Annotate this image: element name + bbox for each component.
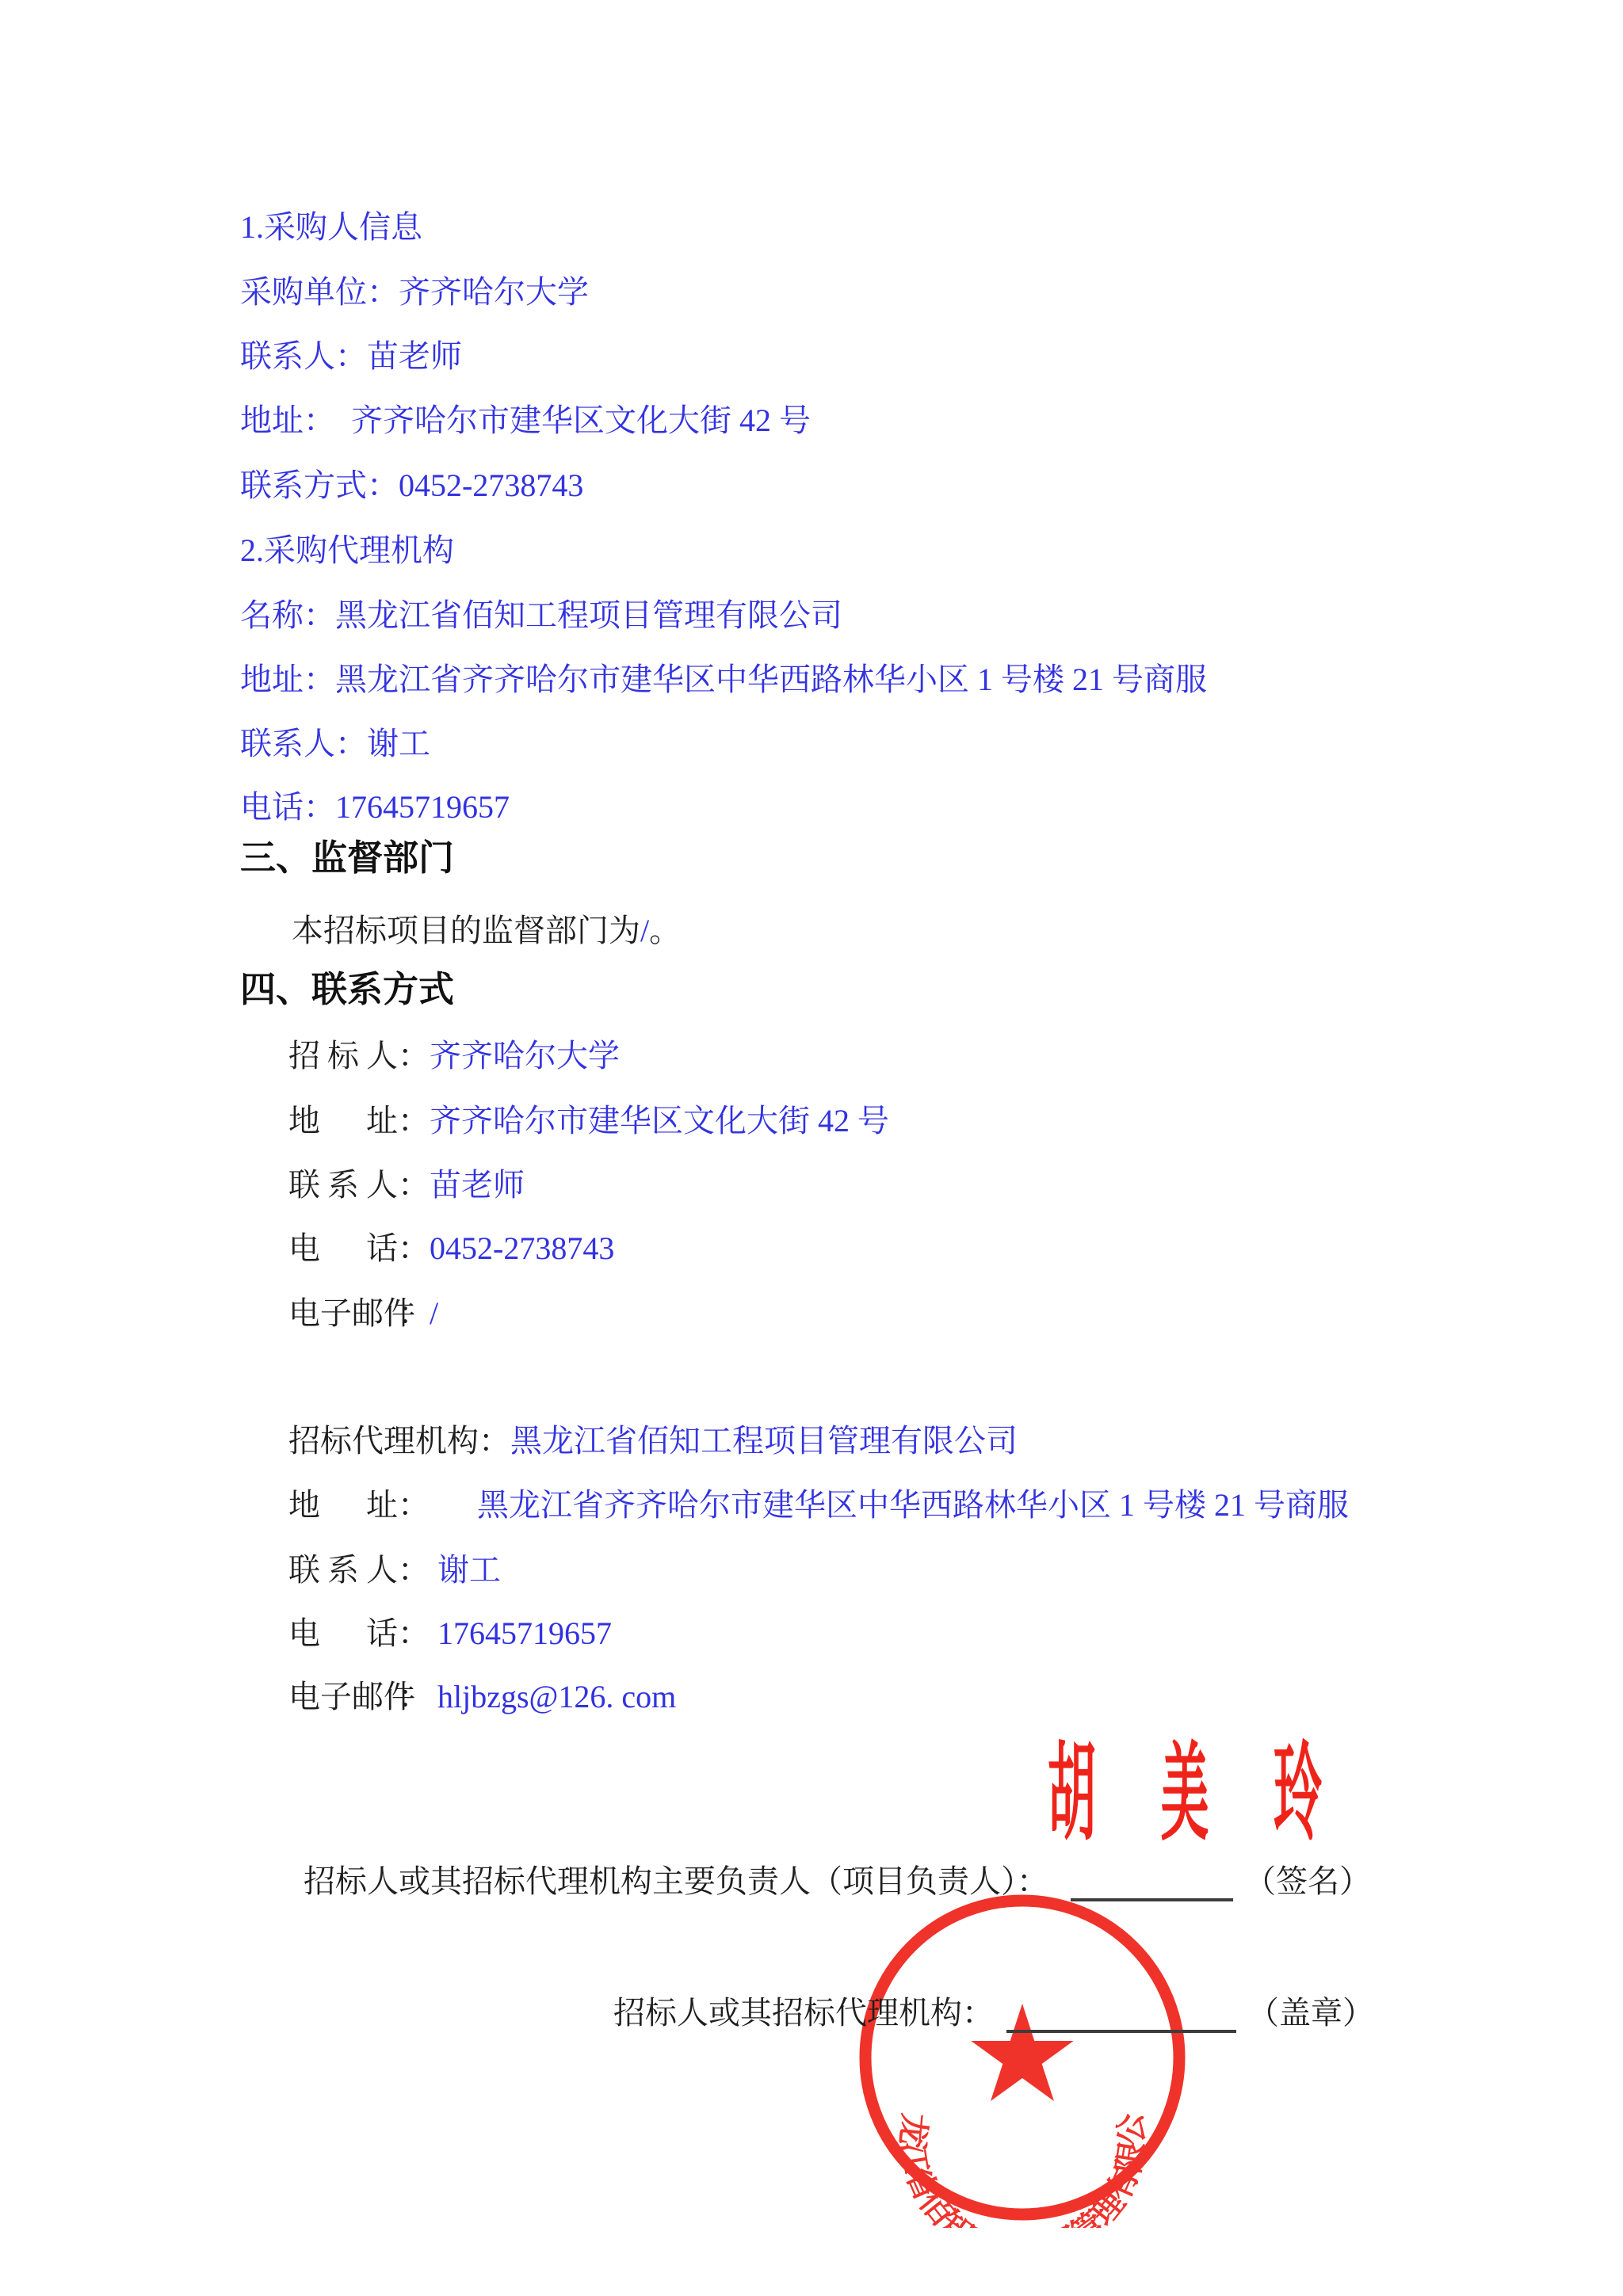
purchaser-heading: 1.采购人信息 [240,208,422,247]
purchaser-phone-line: 联系方式：0452-2738743 [240,466,583,505]
field-label: 地址 [288,1486,398,1525]
supervision-body: 本招标项目的监督部门为/。 [292,911,681,951]
field-label: 联系人 [288,1165,398,1205]
field-label: 电话 [288,1229,398,1268]
tenderer-email-line: 电子邮件：/ [288,1294,438,1333]
agency-address-line: 地址：黑龙江省齐齐哈尔市建华区中华西路林华小区 1 号楼 21 号商服 [240,660,1207,700]
tender-agency-name-line: 招标代理机构：黑龙江省佰知工程项目管理有限公司 [288,1421,1018,1461]
field-value: hljbzgs@126. com [430,1679,676,1714]
supervision-heading: 三、监督部门 [240,838,454,878]
field-value: 苗老师 [430,1167,525,1203]
field-label: 电子邮件 [288,1677,398,1717]
colon: ： [398,1679,430,1714]
agency-heading: 2.采购代理机构 [240,531,454,570]
seal-line-suffix: （盖章） [1247,1995,1374,2031]
supervision-body-suffix: 。 [649,913,681,948]
contact-heading: 四、联系方式 [240,970,454,1009]
field-value: / [430,1295,438,1331]
field-label: 联系人 [288,1550,398,1590]
seal-blank-line [1006,1998,1236,2033]
seal-line: 招标人或其招标代理机构：（盖章） [613,1993,1374,2033]
field-value: 齐齐哈尔市建华区文化大街 42 号 [430,1103,889,1138]
tender-agency-email-line: 电子邮件： hljbzgs@126. com [288,1677,676,1717]
agency-name-line: 名称：黑龙江省佰知工程项目管理有限公司 [240,596,842,635]
colon: ： [398,1552,430,1588]
seal-line-label: 招标人或其招标代理机构： [613,1995,994,2031]
sign-line: 招标人或其招标代理机构主要负责人（项目负责人）：（签名） [304,1862,1371,1901]
field-value: 齐齐哈尔大学 [430,1038,620,1074]
field-label: 电子邮件 [288,1294,398,1333]
colon: ： [398,1295,430,1331]
tenderer-contact-line: 联系人：苗老师 [288,1165,525,1205]
agency-contact-line: 联系人：谢工 [240,724,430,764]
field-label: 地址 [288,1101,398,1141]
supervision-body-prefix: 本招标项目的监督部门为 [292,913,640,948]
tenderer-phone-line: 电话：0452-2738743 [288,1229,614,1268]
colon: ： [398,1615,430,1651]
tenderer-address-line: 地址：齐齐哈尔市建华区文化大街 42 号 [288,1101,889,1141]
field-value: 17645719657 [430,1615,612,1651]
purchaser-contact-line: 联系人：苗老师 [240,337,462,376]
field-value: 0452-2738743 [430,1230,614,1266]
tenderer-name-line: 招标人：齐齐哈尔大学 [288,1036,620,1076]
field-value: 黑龙江省佰知工程项目管理有限公司 [510,1423,1018,1459]
field-value: 黑龙江省齐齐哈尔市建华区中华西路林华小区 1 号楼 21 号商服 [414,1487,1349,1523]
field-label: 招标人 [288,1036,398,1076]
colon: ： [479,1423,510,1459]
colon: ： [398,1038,430,1074]
purchaser-unit-line: 采购单位：齐齐哈尔大学 [240,273,589,312]
field-value: 谢工 [430,1552,501,1588]
tender-agency-contact-line: 联系人： 谢工 [288,1550,501,1590]
colon: ： [398,1103,430,1138]
field-label: 招标代理机构 [288,1423,479,1459]
field-label: 电话 [288,1614,398,1653]
signature-blank-line [1071,1867,1233,1901]
supervision-body-value: / [640,913,649,948]
colon: ： [398,1487,414,1523]
document-page: 1.采购人信息 采购单位：齐齐哈尔大学 联系人：苗老师 地址： 齐齐哈尔市建华区… [0,0,1623,2296]
sign-line-label: 招标人或其招标代理机构主要负责人（项目负责人）： [304,1863,1048,1899]
colon: ： [398,1167,430,1203]
sign-line-suffix: （签名） [1244,1863,1371,1899]
purchaser-address-line: 地址： 齐齐哈尔市建华区文化大街 42 号 [240,401,811,441]
tender-agency-address-line: 地址： 黑龙江省齐齐哈尔市建华区中华西路林华小区 1 号楼 21 号商服 [288,1486,1349,1525]
colon: ： [398,1230,430,1266]
agency-phone-line: 电话：17645719657 [240,788,510,827]
signature-name: 胡美玲 [1048,1740,1387,1851]
tender-agency-phone-line: 电话： 17645719657 [288,1614,612,1653]
company-seal-stamp: 黑龙江省佰知工程项目管理有限公司 [852,1887,1193,2228]
